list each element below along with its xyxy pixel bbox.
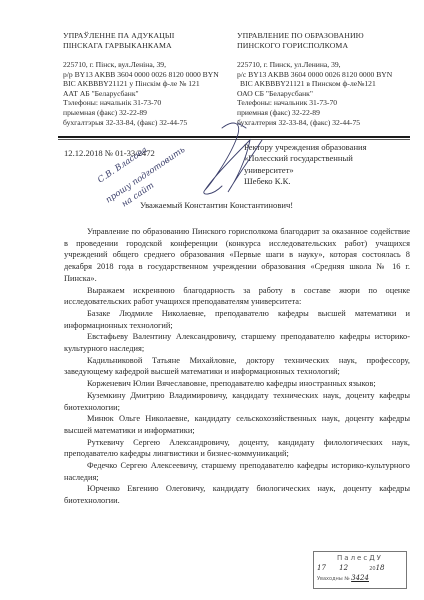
phone-accounting: бухгалтэрыя 32-33-84, (факс) 32-44-75	[63, 118, 213, 128]
greeting: Уважаемый Константин Константинович!	[140, 200, 293, 210]
jury-member: Корженевич Юлии Вячеславовне, преподават…	[64, 378, 410, 390]
jury-member: Федечко Сергею Алексеевичу, старшему пре…	[64, 460, 410, 483]
phone-head: Тэлефоны: начальнік 31-73-70	[63, 98, 213, 108]
addressee-line1: Ректору учреждения образования	[244, 142, 414, 153]
bank-name: ОАО СБ "Беларусбанк"	[237, 89, 417, 99]
address: 225710, г. Пінск, вул.Леніна, 39,	[63, 60, 213, 70]
phone-reception: прыемная (факс) 32-22-89	[63, 108, 213, 118]
bic: BIC AKBBBY21121 у Пінскім ф-ле № 121	[63, 79, 213, 89]
jury-member: Руткевичу Сергею Александровичу, доценту…	[64, 437, 410, 460]
stamp-number-row: Уваходны № 3424	[317, 574, 406, 582]
incoming-stamp: ПалесДУ 17 12 2018 Уваходны № 3424	[313, 551, 407, 589]
address: 225710, г. Пинск, ул.Ленина, 39,	[237, 60, 417, 70]
jury-member: Евстафьеву Валентину Александровичу, ста…	[64, 331, 410, 354]
bank-account: р/с BY13 AKBB 3604 0000 0026 8120 0000 B…	[237, 70, 417, 80]
letterhead-russian: УПРАВЛЕНИЕ ПО ОБРАЗОВАНИЮ ПИНСКОГО ГОРИС…	[237, 31, 417, 127]
stamp-incoming-number: 3424	[351, 574, 369, 582]
letter-body: Управление по образованию Пинского горис…	[64, 226, 410, 507]
letterhead-belarusian: УПРАЎЛЕННЕ ПА АДУКАЦЫІ ПІНСКАГА ГАРВЫКАН…	[63, 31, 213, 127]
phone-accounting: бухгалтерия 32-33-84, (факс) 32-44-75	[237, 118, 417, 128]
stamp-incoming-label: Уваходны №	[317, 576, 350, 582]
paragraph-gratitude: Выражаем искреннюю благодарность за рабо…	[64, 285, 410, 308]
bic: BIC AKBBBY21121 в Пинском ф-ле№121	[240, 79, 417, 89]
addressee-line4: Шебеко К.К.	[244, 176, 414, 187]
phone-head: Телефоны: начальник 31-73-70	[237, 98, 417, 108]
addressee-line2: «Полесский государственный	[244, 153, 414, 164]
jury-member: Юрченко Евгению Олеговичу, кандидату био…	[64, 483, 410, 506]
bank-name: ААТ АБ "Беларусбанк"	[63, 89, 213, 99]
jury-member: Минюк Ольге Николаевне, кандидату сельск…	[64, 413, 410, 436]
jury-member: Базаке Людмиле Николаевне, преподавателю…	[64, 308, 410, 331]
addressee-line3: университет»	[244, 165, 414, 176]
org-name-line2: ПИНСКОГО ГОРИСПОЛКОМА	[237, 41, 417, 51]
org-name-line1: УПРАВЛЕНИЕ ПО ОБРАЗОВАНИЮ	[237, 31, 417, 41]
stamp-month: 12	[339, 564, 348, 572]
org-name-line2: ПІНСКАГА ГАРВЫКАНКАМА	[63, 41, 213, 51]
phone-reception: приемная (факс) 32-22-89	[237, 108, 417, 118]
jury-member: Куземкину Дмитрию Владимировичу, кандида…	[64, 390, 410, 413]
paragraph-thanks: Управление по образованию Пинского горис…	[64, 226, 410, 285]
header-divider	[58, 136, 410, 138]
stamp-date-row: 17 12 2018	[317, 564, 406, 572]
header-divider-thin	[58, 139, 410, 140]
jury-member: Кадильниковой Татьяне Михайловне, доктор…	[64, 355, 410, 378]
org-name-line1: УПРАЎЛЕННЕ ПА АДУКАЦЫІ	[63, 31, 213, 41]
stamp-year: 18	[376, 564, 385, 572]
stamp-day: 17	[317, 564, 326, 572]
addressee-block: Ректору учреждения образования «Полесски…	[244, 142, 414, 188]
bank-account: р/р BY13 AKBB 3604 0000 0026 8120 0000 B…	[63, 70, 213, 80]
document-reference: 12.12.2018 № 01-33/2472	[64, 148, 155, 158]
stamp-title: ПалесДУ	[314, 554, 406, 562]
